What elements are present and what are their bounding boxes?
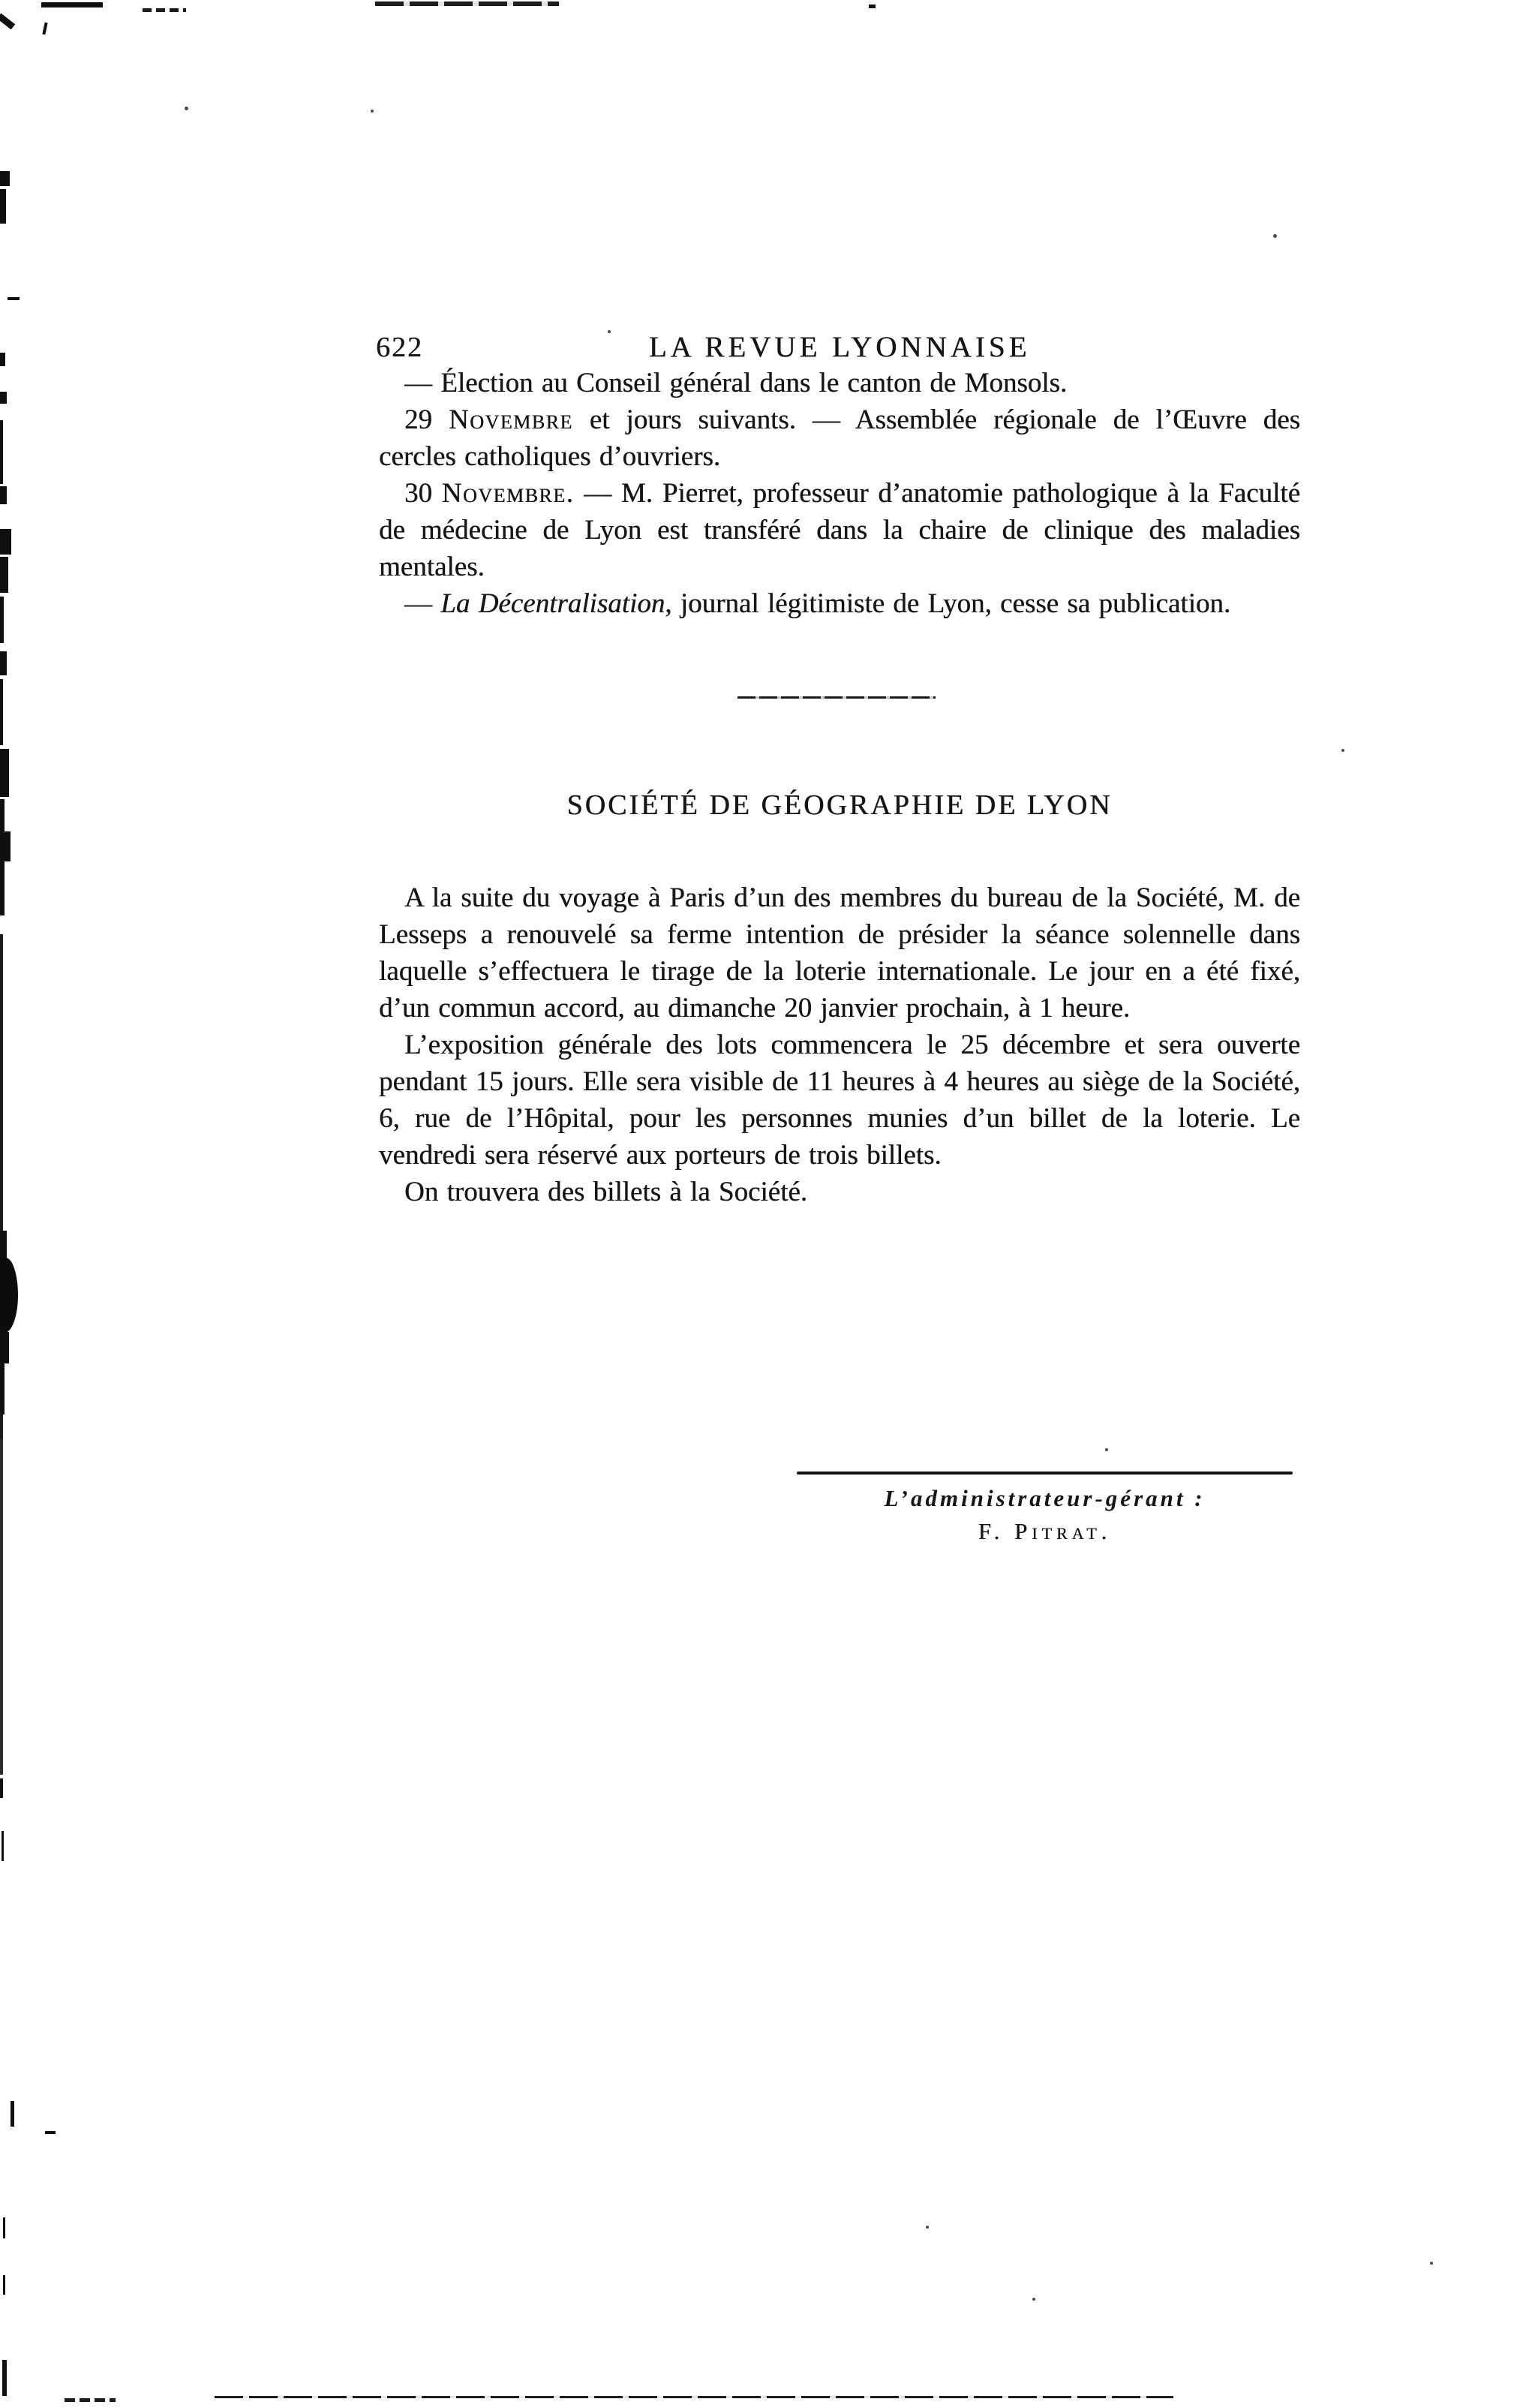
scan-artifact-edge-mark <box>0 353 5 366</box>
scan-artifact-edge-mark <box>2 2360 7 2396</box>
scan-artifact-edge-mark <box>0 1778 3 1798</box>
scan-speck <box>371 110 374 113</box>
text-segment: — Élection au Conseil général dans le ca… <box>404 368 1067 398</box>
scan-artifact-edge-mark <box>0 597 4 643</box>
scan-artifact-bottom-line <box>215 2396 1173 2398</box>
scan-artifact-edge-mark <box>0 1362 5 1414</box>
scan-artifact-edge-mark <box>0 679 3 745</box>
running-title: LA REVUE LYONNAISE <box>379 329 1300 366</box>
scanned-document-page: 622 LA REVUE LYONNAISE — Élection au Con… <box>0 0 1517 2408</box>
text-segment: On trouvera des billets à la Société. <box>404 1177 807 1207</box>
page-number: 622 <box>376 329 423 366</box>
paragraph: 30 Novembre. — M. Pierret, professeur d’… <box>379 475 1300 585</box>
scan-artifact-edge-mark <box>0 749 9 797</box>
scan-artifact-top-dot <box>869 5 876 8</box>
scan-artifact-top-dash <box>143 8 186 12</box>
text-segment: A la suite du voyage à Paris d’un des me… <box>379 882 1300 1024</box>
paragraph: L’exposition générale des lots commencer… <box>379 1027 1300 1174</box>
scan-artifact-top-dash <box>41 2 103 8</box>
scan-speck <box>1273 234 1277 238</box>
text-segment: 29 <box>404 404 449 435</box>
text-segment: Novembre. <box>442 478 575 509</box>
scan-artifact-edge-mark <box>0 529 11 555</box>
chronicle-section: — Élection au Conseil général dans le ca… <box>379 365 1300 622</box>
scan-speck <box>1341 749 1344 752</box>
scan-speck <box>926 2226 929 2229</box>
scan-artifact-edge-mark <box>0 1332 9 1363</box>
section-divider <box>737 696 936 699</box>
signature-name: F. Pitrat. <box>797 1517 1293 1547</box>
text-segment: La Décentralisation <box>440 588 665 619</box>
section-heading-wrap: SOCIÉTÉ DE GÉOGRAPHIE DE LYON <box>379 787 1300 823</box>
scan-artifact-edge-mark <box>0 171 10 186</box>
scan-artifact-edge-mark <box>0 189 6 224</box>
scan-artifact-edge-mark <box>0 420 3 484</box>
paragraph: On trouvera des billets à la Société. <box>379 1174 1300 1210</box>
section-heading: SOCIÉTÉ DE GÉOGRAPHIE DE LYON <box>379 787 1300 823</box>
signature-rule <box>797 1472 1293 1475</box>
scan-artifact-corner-mark <box>0 14 15 30</box>
paragraph: — Élection au Conseil général dans le ca… <box>379 365 1300 401</box>
scan-speck <box>1430 2262 1433 2265</box>
signature-role: L’administrateur-gérant : <box>797 1484 1293 1514</box>
scan-artifact-corner-mark <box>42 23 47 35</box>
paragraph: 29 Novembre et jours suivants. — Assembl… <box>379 401 1300 475</box>
scan-artifact-top-dash <box>375 2 559 6</box>
society-section: A la suite du voyage à Paris d’un des me… <box>379 879 1300 1210</box>
scan-artifact-edge-mark <box>3 2217 5 2238</box>
scan-artifact-edge-blob <box>0 1258 18 1333</box>
text-segment: Novembre <box>449 404 573 435</box>
scan-artifact-edge-mark <box>0 557 8 593</box>
scan-artifact-edge-mark <box>3 2275 5 2295</box>
scan-artifact-edge-mark <box>0 486 7 504</box>
scan-speck <box>1032 2298 1035 2301</box>
scan-artifact-edge-mark <box>0 651 7 675</box>
page-header: 622 LA REVUE LYONNAISE <box>379 329 1300 368</box>
text-segment: L’exposition générale des lots commencer… <box>379 1030 1300 1171</box>
scan-artifact-edge-mark <box>11 2101 14 2127</box>
scan-artifact-edge-mark <box>0 831 11 861</box>
paragraph: A la suite du voyage à Paris d’un des me… <box>379 879 1300 1027</box>
text-segment: — <box>404 588 440 619</box>
text-segment: 30 <box>404 478 442 509</box>
text-segment: , journal légitimiste de Lyon, cesse sa … <box>665 588 1230 619</box>
signature-block: L’administrateur-gérant : F. Pitrat. <box>797 1472 1293 1547</box>
scan-speck <box>1105 1448 1108 1451</box>
scan-artifact-edge-mark <box>0 392 7 404</box>
scan-speck <box>185 107 188 110</box>
scan-artifact-edge-mark <box>45 2131 56 2134</box>
paragraph: — La Décentralisation, journal légitimis… <box>379 585 1300 622</box>
scan-artifact-bottom-mark <box>65 2398 116 2402</box>
scan-artifact-edge-mark <box>2 1831 4 1861</box>
scan-artifact-edge-mark <box>8 297 20 300</box>
